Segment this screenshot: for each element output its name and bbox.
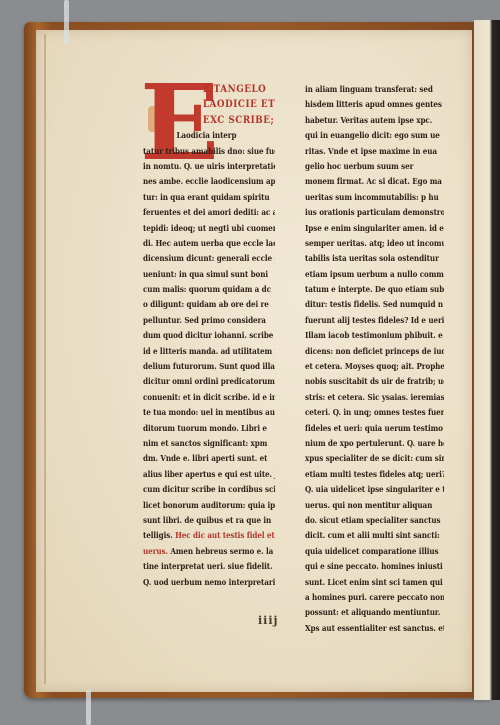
text-line: ueritas sum incommutabilis: p hu [305, 190, 444, 205]
heading-line: EXC SCRIBE; [143, 113, 275, 128]
text-line: uerus. Amen hebreus sermo e. la [143, 544, 275, 559]
quire-signature: iiij [258, 614, 279, 627]
text-line: a homines puri. carere peccato non [305, 590, 444, 605]
left-column: E TANGELO LAODICIE ET EXC SCRIBE; Laodic… [143, 82, 293, 590]
text-line: do. sicut etiam specialiter sanctus [305, 513, 444, 528]
text-line: dicensium dicunt: generali eccle con [143, 251, 275, 266]
text-line: Laodicia interp [143, 128, 275, 143]
heading-line: LAODICIE ET [143, 97, 275, 112]
text-line: monem firmat. Ac si dicat. Ego ma [305, 174, 444, 189]
text-line: ceteri. Q. in unq; omnes testes fuerut [305, 405, 444, 420]
text-line: Ipse e enim singulariter amen. id e [305, 221, 444, 236]
text-line: te tua mondo: uel in mentibus au [143, 405, 275, 420]
text-line: Xps aut essentialiter est sanctus. et [305, 621, 444, 636]
text-line: nes ambe. ecclie laodicensium apel [143, 174, 275, 189]
text-line: conuenit: et in dicit scribe. id e in n [143, 390, 275, 405]
text-line: quia uidelicet comparatione illius [305, 544, 444, 559]
text-line: dicit. cum et alii multi sint sancti: [305, 528, 444, 543]
text-line: uerus. qui non mentitur aliquan [305, 498, 444, 513]
text-line: qui e sine peccato. homines iniusti [305, 559, 444, 574]
text-line: licet bonorum auditorum: quia ipsi [143, 498, 275, 513]
text-line: gelio hoc uerbum suum ser [305, 159, 444, 174]
text-line: ius orationis particulam demonstro. [305, 205, 444, 220]
text-line: semper ueritas. atq; ideo ut incomu [305, 236, 444, 251]
text-line: o diligunt: quidam ab ore dei re [143, 297, 275, 312]
text-line: ritas. Vnde et ipse maxime in eua [305, 144, 444, 159]
text-line: dm. Vnde e. libri aperti sunt. et [143, 451, 275, 466]
text-line: possunt: et aliquando mentiuntur. [305, 605, 444, 620]
text-line: tatur tribus amabilis dno: siue fuer [143, 144, 275, 159]
text-line: etiam ipsum uerbum a nullo commu [305, 267, 444, 282]
text-line: sunt. Licet enim sint sci tamen qui [305, 575, 444, 590]
text-line: Q. uia uidelicet ipse singulariter e tes… [305, 482, 444, 497]
text-line: fuerunt alij testes fideles? Id e ueri? [305, 313, 444, 328]
text-line: pelluntur. Sed primo considera [143, 313, 275, 328]
text-line: fideles et ueri: quia uerum testimo [305, 421, 444, 436]
text-line: dum quod dicitur iohanni. scribe [143, 328, 275, 343]
text-line: Q. uod uerbum nemo interpretari [143, 575, 275, 590]
text-line: et cetera. Moyses quoq; ait. Prophe [305, 359, 444, 374]
text-line: qui in euangelio dicit: ego sum ue [305, 128, 444, 143]
text-line: tatum e interpte. De quo etiam sub [305, 282, 444, 297]
text-line: sunt libri. de quibus et ra que in [143, 513, 275, 528]
text-line: delium futurorum. Sunt quod illa [143, 359, 275, 374]
text-line: dicens: non deficiet princeps de iuda. [305, 344, 444, 359]
page-ruling-line [44, 34, 46, 684]
text-line: tabilis ista ueritas sola ostenditur [305, 251, 444, 266]
heading-line: E TANGELO [143, 82, 275, 97]
text-line: tur: in qua erant quidam spiritu [143, 190, 275, 205]
right-column: in aliam linguam transferat: sedhisdem l… [305, 82, 463, 636]
next-leaf-edge [474, 20, 500, 700]
text-line: telligis. Hec dic aut testis fidel et [143, 528, 275, 543]
text-line: hisdem litteris apud omnes gentes [305, 97, 444, 112]
text-line: di. Hec autem uerba que eccle lao [143, 236, 275, 251]
text-line: stris: et cetera. Sic ysaias. ieremias. … [305, 390, 444, 405]
text-line: in nomtu. Q. ue uiris interpretatio [143, 159, 275, 174]
page-clip-bottom [86, 690, 91, 725]
text-line: etiam multi testes fideles atq; ueri? [305, 467, 444, 482]
text-line: nobis suscitabit ds uir de fratrib; ue [305, 374, 444, 389]
rubric-text: uerus. [143, 546, 170, 556]
text-line: tepidi: ideoq; ut negti ubi cuomen [143, 221, 275, 236]
text-line: tine interpretat ueri. siue fidelit. [143, 559, 275, 574]
text-line: nim et sanctos significant: xpm [143, 436, 275, 451]
text-line: in aliam linguam transferat: sed [305, 82, 444, 97]
text-line: ditur: testis fidelis. Sed numquid n [305, 297, 444, 312]
rubric-text: Hec dic aut testis fidel et [175, 530, 275, 540]
text-line: ditorum tuorum mondo. Libri e [143, 421, 275, 436]
text-line: nium de xpo pertulerunt. Q. uare hoc [305, 436, 444, 451]
text-line: habetur. Veritas autem ipse xpc. [305, 113, 444, 128]
text-line: cum dicitur scribe in cordibus sci [143, 482, 275, 497]
text-line: alius liber apertus e qui est uite. Jo [143, 467, 275, 482]
text-line: id e litteris manda. ad utilitatem fi [143, 344, 275, 359]
text-line: feruentes et dei amori dediti: ac alij [143, 205, 275, 220]
text-line: xpus specialiter de se dicit: cum sint [305, 451, 444, 466]
page-clip-top [64, 0, 69, 44]
text-line: dicitur omni ordini predicatorum [143, 374, 275, 389]
text-line: ueniunt: in qua simul sunt boni [143, 267, 275, 282]
text-line: Illam iacob testimonium phibuit. e [305, 328, 444, 343]
text-line: cum malis: quorum quidam a dc [143, 282, 275, 297]
